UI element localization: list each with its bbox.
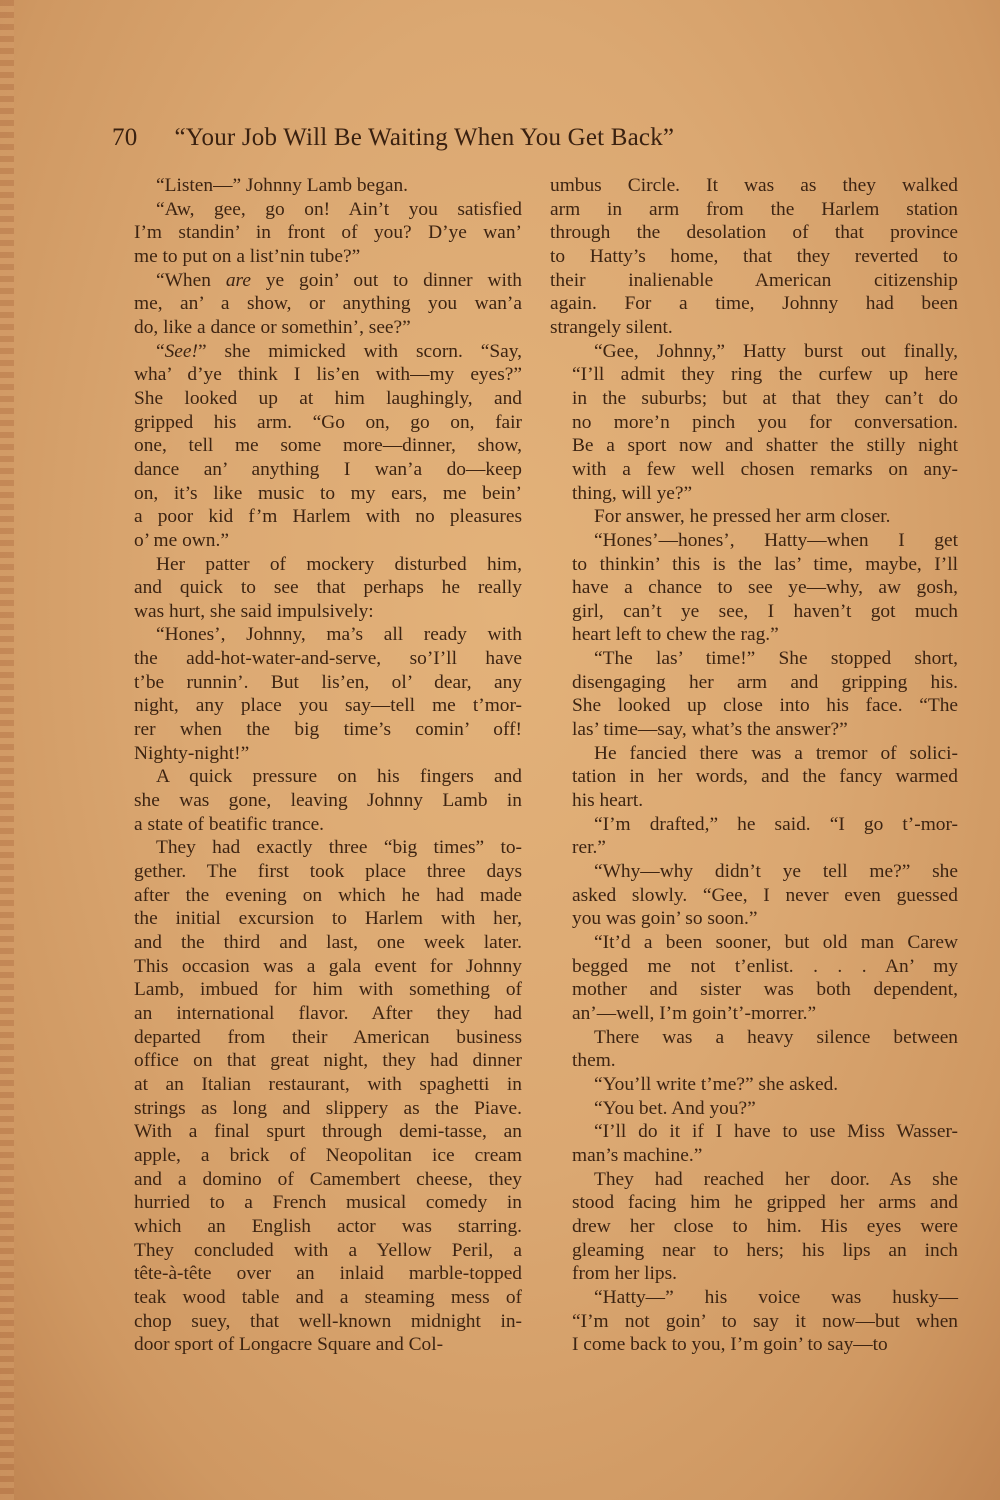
text-line: Be a sport now and shatter the stilly ni… <box>550 434 958 458</box>
text-line: He fancied there was a tremor of solici- <box>550 742 958 766</box>
text-line: They concluded with a Yellow Peril, a <box>112 1239 522 1263</box>
text-line: teak wood table and a steaming mess of <box>112 1286 522 1310</box>
text-line: a poor kid f’m Harlem with no pleasures <box>112 505 522 529</box>
page-header: 70 “Your Job Will Be Waiting When You Ge… <box>112 124 882 152</box>
text-line: hurried to a French musical comedy in <box>112 1191 522 1215</box>
paragraph: “Why—why didn’t ye tell me?” sheasked sl… <box>550 860 958 931</box>
page-number: 70 <box>112 124 168 152</box>
paragraph: He fancied there was a tremor of solici-… <box>550 742 958 813</box>
text-line: “When are ye goin’ out to dinner with <box>112 269 522 293</box>
text-line: girl, can’t ye see, I haven’t got much <box>550 600 958 624</box>
running-title: “Your Job Will Be Waiting When You Get B… <box>174 124 674 152</box>
text-line: in the suburbs; but at that they can’t d… <box>550 387 958 411</box>
text-line: strangely silent. <box>550 316 958 340</box>
text-line: “Hatty—” his voice was husky— <box>550 1286 958 1310</box>
text-line: “I’m drafted,” he said. “I go t’-mor- <box>550 813 958 837</box>
text-line: one, tell me some more—dinner, show, <box>112 434 522 458</box>
text-line: gleaming near to hers; his lips an inch <box>550 1239 958 1263</box>
text-line: Her patter of mockery disturbed him, <box>112 553 522 577</box>
text-line: and a domino of Camembert cheese, they <box>112 1168 522 1192</box>
paragraph: “Listen—” Johnny Lamb began. <box>112 174 522 198</box>
text-line: after the evening on which he had made <box>112 884 522 908</box>
text-line: dance an’ anything I wan’a do—keep <box>112 458 522 482</box>
paragraph: “You’ll write t’me?” she asked. <box>550 1073 958 1097</box>
italic-emphasis: are <box>226 270 251 291</box>
text-line: at an Italian restaurant, with spaghetti… <box>112 1073 522 1097</box>
paragraph: “When are ye goin’ out to dinner withme,… <box>112 269 522 340</box>
book-page: 70 “Your Job Will Be Waiting When You Ge… <box>0 0 1000 1500</box>
binding-edge <box>0 0 14 1500</box>
text-line: “Listen—” Johnny Lamb began. <box>112 174 522 198</box>
text-line: “You’ll write t’me?” she asked. <box>550 1073 958 1097</box>
text-line: man’s machine.” <box>550 1144 958 1168</box>
text-line: “I’ll do it if I have to use Miss Wasser… <box>550 1120 958 1144</box>
paragraph: “It’d a been sooner, but old man Carewbe… <box>550 931 958 1026</box>
paragraph: “Gee, Johnny,” Hatty burst out finally,“… <box>550 340 958 506</box>
text-line: chop suey, that well-known midnight in- <box>112 1310 522 1334</box>
text-line: rer.” <box>550 836 958 860</box>
text-line: “Hones’, Johnny, ma’s all ready with <box>112 623 522 647</box>
text-line: again. For a time, Johnny had been <box>550 292 958 316</box>
paragraph: A quick pressure on his fingers andshe w… <box>112 765 522 836</box>
text-line: me, an’ a show, or anything you wan’a <box>112 292 522 316</box>
text-line: departed from their American business <box>112 1026 522 1050</box>
text-line: door sport of Longacre Square and Col- <box>112 1333 522 1357</box>
text-line: have a chance to see ye—why, aw gosh, <box>550 576 958 600</box>
text-line: to thinkin’ this is the las’ time, maybe… <box>550 553 958 577</box>
paragraph: “Hones’—hones’, Hatty—when I getto think… <box>550 529 958 647</box>
text-line: “You bet. And you?” <box>550 1097 958 1121</box>
paragraph: “I’m drafted,” he said. “I go t’-mor-rer… <box>550 813 958 860</box>
paragraph: “See!” she mimicked with scorn. “Say,wha… <box>112 340 522 553</box>
paragraph: They had reached her door. As shestood f… <box>550 1168 958 1286</box>
paragraph: They had exactly three “big times” to-ge… <box>112 836 522 1356</box>
text-line: which an English actor was starring. <box>112 1215 522 1239</box>
text-line: “Why—why didn’t ye tell me?” she <box>550 860 958 884</box>
text-line: wha’ d’ye think I lis’en with—my eyes?” <box>112 363 522 387</box>
text-line: There was a heavy silence between <box>550 1026 958 1050</box>
text-line: gether. The first took place three days <box>112 860 522 884</box>
text-line: and quick to see that perhaps he really <box>112 576 522 600</box>
text-line: through the desolation of that province <box>550 221 958 245</box>
text-line: Nighty-night!” <box>112 742 522 766</box>
text-line: las’ time—say, what’s the answer?” <box>550 718 958 742</box>
paragraph: “I’ll do it if I have to use Miss Wasser… <box>550 1120 958 1167</box>
text-line: night, any place you say—tell me t’mor- <box>112 694 522 718</box>
text-line: I’m standin’ in front of you? D’ye wan’ <box>112 221 522 245</box>
text-line: mother and sister was both dependent, <box>550 978 958 1002</box>
text-line: thing, will ye?” <box>550 482 958 506</box>
text-line: she was gone, leaving Johnny Lamb in <box>112 789 522 813</box>
text-line: “Hones’—hones’, Hatty—when I get <box>550 529 958 553</box>
paragraph: Her patter of mockery disturbed him,and … <box>112 553 522 624</box>
text-line: you was goin’ so soon.” <box>550 907 958 931</box>
paragraph: “The las’ time!” She stopped short,disen… <box>550 647 958 742</box>
paragraph: There was a heavy silence betweenthem. <box>550 1026 958 1073</box>
text-line: his heart. <box>550 789 958 813</box>
text-line: tête-à-tête over an inlaid marble-topped <box>112 1262 522 1286</box>
text-line: a state of beatific trance. <box>112 813 522 837</box>
text-line: office on that great night, they had din… <box>112 1049 522 1073</box>
text-line: They had exactly three “big times” to- <box>112 836 522 860</box>
text-line: an’—well, I’m goin’t’-morrer.” <box>550 1002 958 1026</box>
text-line: begged me not t’enlist. . . . An’ my <box>550 955 958 979</box>
text-line: with a few well chosen remarks on any- <box>550 458 958 482</box>
text-line: apple, a brick of Neopolitan ice cream <box>112 1144 522 1168</box>
text-line: “Gee, Johnny,” Hatty burst out finally, <box>550 340 958 364</box>
text-line: For answer, he pressed her arm closer. <box>550 505 958 529</box>
paragraph: “Hones’, Johnny, ma’s all ready withthe … <box>112 623 522 765</box>
text-line: strings as long and slippery as the Piav… <box>112 1097 522 1121</box>
text-line: They had reached her door. As she <box>550 1168 958 1192</box>
text-line: “It’d a been sooner, but old man Carew <box>550 931 958 955</box>
left-text-column: “Listen—” Johnny Lamb began.“Aw, gee, go… <box>112 174 522 1357</box>
text-line: and the third and last, one week later. <box>112 931 522 955</box>
text-line: do, like a dance or somethin’, see?” <box>112 316 522 340</box>
text-line: arm in arm from the Harlem station <box>550 198 958 222</box>
text-line: “The las’ time!” She stopped short, <box>550 647 958 671</box>
paragraph: “Aw, gee, go on! Ain’t you satisfiedI’m … <box>112 198 522 269</box>
text-line: With a final spurt through demi-tasse, a… <box>112 1120 522 1144</box>
text-line: heart left to chew the rag.” <box>550 623 958 647</box>
text-line: “Aw, gee, go on! Ain’t you satisfied <box>112 198 522 222</box>
paragraph: “You bet. And you?” <box>550 1097 958 1121</box>
text-line: This occasion was a gala event for Johnn… <box>112 955 522 979</box>
italic-emphasis: See! <box>165 341 198 362</box>
text-line: disengaging her arm and gripping his. <box>550 671 958 695</box>
text-line: gripped his arm. “Go on, go on, fair <box>112 411 522 435</box>
text-line: to Hatty’s home, that they reverted to <box>550 245 958 269</box>
text-line: “I’ll admit they ring the curfew up here <box>550 363 958 387</box>
text-line: umbus Circle. It was as they walked <box>550 174 958 198</box>
text-line: I come back to you, I’m goin’ to say—to <box>550 1333 958 1357</box>
text-line: “I’m not goin’ to say it now—but when <box>550 1310 958 1334</box>
text-line: “See!” she mimicked with scorn. “Say, <box>112 340 522 364</box>
text-line: stood facing him he gripped her arms and <box>550 1191 958 1215</box>
text-line: rer when the big time’s comin’ off! <box>112 718 522 742</box>
text-line: no more’n pinch you for conversation. <box>550 411 958 435</box>
text-line: o’ me own.” <box>112 529 522 553</box>
text-line: on, it’s like music to my ears, me bein’ <box>112 482 522 506</box>
paragraph: “Hatty—” his voice was husky—“I’m not go… <box>550 1286 958 1357</box>
text-line: their inalienable American citizenship <box>550 269 958 293</box>
text-line: A quick pressure on his fingers and <box>112 765 522 789</box>
paragraph: umbus Circle. It was as they walkedarm i… <box>550 174 958 340</box>
text-line: the initial excursion to Harlem with her… <box>112 907 522 931</box>
text-line: was hurt, she said impulsively: <box>112 600 522 624</box>
text-line: the add-hot-water-and-serve, so’I’ll hav… <box>112 647 522 671</box>
text-line: from her lips. <box>550 1262 958 1286</box>
text-line: She looked up at him laughingly, and <box>112 387 522 411</box>
text-line: drew her close to him. His eyes were <box>550 1215 958 1239</box>
text-line: Lamb, imbued for him with something of <box>112 978 522 1002</box>
text-line: asked slowly. “Gee, I never even guessed <box>550 884 958 908</box>
paragraph: For answer, he pressed her arm closer. <box>550 505 958 529</box>
text-line: tation in her words, and the fancy warme… <box>550 765 958 789</box>
right-text-column: umbus Circle. It was as they walkedarm i… <box>550 174 958 1357</box>
text-line: She looked up close into his face. “The <box>550 694 958 718</box>
text-line: an international flavor. After they had <box>112 1002 522 1026</box>
text-line: them. <box>550 1049 958 1073</box>
text-line: t’be runnin’. But lis’en, ol’ dear, any <box>112 671 522 695</box>
text-line: me to put on a list’nin tube?” <box>112 245 522 269</box>
